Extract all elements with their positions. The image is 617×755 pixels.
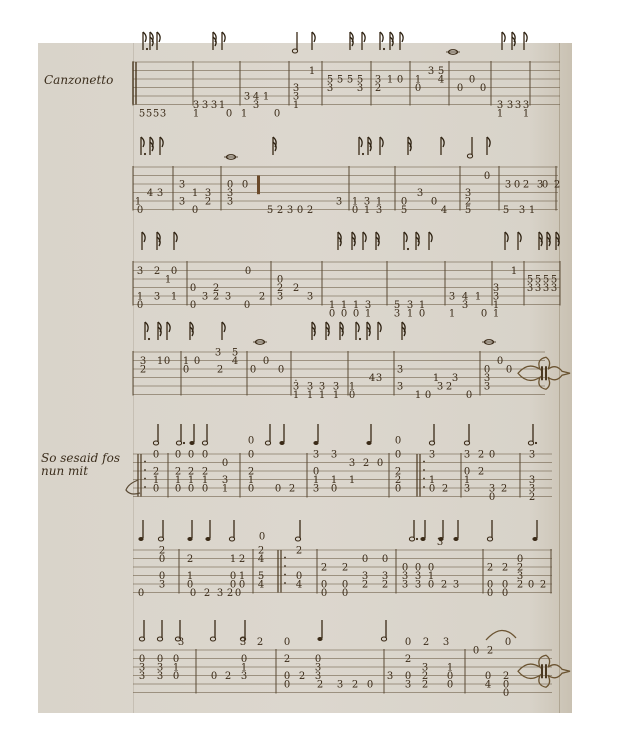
fret-number: 3 xyxy=(337,680,343,691)
fret-number: 1 xyxy=(157,356,163,367)
fret-number: 3 xyxy=(387,671,393,682)
fret-number: 3 xyxy=(277,292,283,303)
fret-number: 0 xyxy=(377,458,383,469)
fret-number: 3 xyxy=(179,180,185,191)
rhythm-sign-icon xyxy=(518,232,521,250)
fret-number: 3 xyxy=(429,450,435,461)
fret-number: 2 xyxy=(422,680,428,691)
fret-number: 2 xyxy=(405,654,411,665)
fret-number: 0 xyxy=(274,109,280,120)
fret-number: 3 xyxy=(443,637,449,648)
fret-number: 3 xyxy=(307,292,313,303)
rhythm-sign-icon xyxy=(143,32,148,50)
rhythm-sign-icon xyxy=(210,620,215,641)
fret-number: 1 xyxy=(171,292,177,303)
fret-number: 3 xyxy=(160,109,166,120)
fret-number: 0 xyxy=(469,75,475,86)
fret-number: 0 xyxy=(489,450,495,461)
fret-number: 4 xyxy=(485,680,491,691)
fret-number: 3 xyxy=(157,188,163,199)
fret-number: 5 xyxy=(139,109,145,120)
fret-number: 3 xyxy=(484,382,490,393)
fret-number: 0 xyxy=(164,356,170,367)
fret-number: 0 xyxy=(153,484,159,495)
rhythm-sign-icon xyxy=(380,32,385,50)
rhythm-sign-icon xyxy=(376,232,379,250)
fret-number: 3 xyxy=(543,283,549,294)
fret-number: 0 xyxy=(202,450,208,461)
fret-number: 4 xyxy=(441,205,447,216)
fret-number: 0 xyxy=(183,365,189,376)
fret-number: 1 xyxy=(364,205,370,216)
rhythm-sign-icon xyxy=(222,322,225,340)
fret-number: 0 xyxy=(514,180,520,191)
fret-number: 2 xyxy=(554,180,560,191)
fret-number: 0 xyxy=(190,588,196,599)
fret-number: 0 xyxy=(250,365,256,376)
fret-number: 0 xyxy=(278,365,284,376)
rhythm-sign-icon xyxy=(467,137,472,158)
fret-number: 2 xyxy=(342,563,348,574)
fret-number: 0 xyxy=(171,266,177,277)
rhythm-sign-icon xyxy=(502,32,505,50)
fret-number: 1 xyxy=(475,292,481,303)
fret-number: 0 xyxy=(242,180,248,191)
fret-number: 2 xyxy=(239,554,245,565)
fret-number: 3 xyxy=(202,292,208,303)
fret-number: 0 xyxy=(352,205,358,216)
fret-number: 0 xyxy=(405,637,411,648)
fret-number: 3 xyxy=(331,450,337,461)
fret-number: 2 xyxy=(154,266,160,277)
rhythm-sign-icon xyxy=(390,32,393,50)
fret-number: 3 xyxy=(159,580,165,591)
rhythm-sign-icon xyxy=(539,232,542,250)
rhythm-sign-icon xyxy=(464,424,469,445)
rhythm-sign-icon xyxy=(176,424,185,445)
fret-number: 3 xyxy=(137,266,143,277)
rhythm-sign-icon xyxy=(312,322,315,340)
fret-number: 3 xyxy=(253,100,259,111)
rhythm-sign-icon xyxy=(416,232,419,250)
fret-number: 2 xyxy=(352,680,358,691)
fret-number: 3 xyxy=(154,292,160,303)
fret-number: 3 xyxy=(217,588,223,599)
fret-number: 0 xyxy=(484,171,490,182)
tablature-system-6: 2003021002320120100245420422000000332200… xyxy=(133,520,552,599)
fret-number: 0 xyxy=(505,637,511,648)
rhythm-sign-icon xyxy=(313,424,318,445)
rhythm-sign-icon xyxy=(429,232,432,250)
fret-number: 0 xyxy=(517,554,523,565)
fret-number: 2 xyxy=(213,292,219,303)
fret-number: 0 xyxy=(415,83,421,94)
fret-number: 3 xyxy=(313,484,319,495)
fret-number: 3 xyxy=(287,205,293,216)
fret-number: 3 xyxy=(376,373,382,384)
fret-number: 3 xyxy=(357,83,363,94)
fret-number: 3 xyxy=(464,450,470,461)
rhythm-sign-icon xyxy=(158,520,163,541)
rhythm-sign-icon xyxy=(402,322,405,340)
fret-number: 0 xyxy=(153,450,159,461)
fret-number: 3 xyxy=(405,680,411,691)
rhythm-sign-icon xyxy=(150,32,153,50)
fret-number: 0 xyxy=(331,484,337,495)
fret-number: 4 xyxy=(438,75,444,86)
fret-number: 2 xyxy=(375,83,381,94)
rhythm-sign-icon xyxy=(404,232,409,250)
fret-number: 0 xyxy=(466,390,472,401)
fret-number: 0 xyxy=(329,309,335,320)
fret-number: 0 xyxy=(194,356,200,367)
fret-number: 0 xyxy=(419,309,425,320)
fret-number: 1 xyxy=(219,100,225,111)
rhythm-sign-icon xyxy=(139,620,144,641)
rhythm-sign-icon xyxy=(381,620,386,641)
fret-number: 3 xyxy=(529,450,535,461)
rhythm-sign-icon xyxy=(312,32,315,50)
rhythm-sign-icon xyxy=(420,520,425,541)
rhythm-sign-icon xyxy=(145,322,150,340)
rhythm-sign-icon xyxy=(352,232,355,250)
fret-number: 3 xyxy=(327,83,333,94)
fret-numbers: 0210000022211130001021002330131013200220… xyxy=(153,436,535,504)
fret-number: 2 xyxy=(296,546,302,557)
fret-number: 0 xyxy=(489,492,495,503)
fret-number: 2 xyxy=(293,283,299,294)
rhythm-sign-icon xyxy=(363,232,366,250)
fret-number: 5 xyxy=(267,205,273,216)
fret-number: 1 xyxy=(511,266,517,277)
fret-number: 3 xyxy=(225,292,231,303)
svg-text:0: 0 xyxy=(259,532,265,543)
fret-number: 0 xyxy=(447,680,453,691)
fret-number: 0 xyxy=(487,588,493,599)
fret-number: 4 xyxy=(296,580,302,591)
fret-number: 0 xyxy=(230,580,236,591)
fret-number: 0 xyxy=(367,680,373,691)
fret-number: 3 xyxy=(139,671,145,682)
fret-number: 0 xyxy=(457,83,463,94)
fret-number: 1 xyxy=(263,92,269,103)
fret-number: 3 xyxy=(464,484,470,495)
fret-number: 1 xyxy=(165,275,171,286)
rhythm-sign-icon xyxy=(317,620,322,641)
fret-number: 4 xyxy=(147,188,153,199)
fret-number: 0 xyxy=(188,450,194,461)
rhythm-sign-icon xyxy=(512,32,515,50)
fret-number: 3 xyxy=(453,580,459,591)
fret-number: 1 xyxy=(319,390,325,401)
rhythm-sign-icon xyxy=(350,32,353,50)
rhythm-sign-icon xyxy=(292,32,297,53)
fret-number: 4 xyxy=(258,554,264,565)
fret-number: 0 xyxy=(321,588,327,599)
rhythm-sign-icon xyxy=(265,424,270,445)
fret-number: 5 xyxy=(153,109,159,120)
rhythm-sign-icon xyxy=(362,32,365,50)
fret-number: 4 xyxy=(258,580,264,591)
fret-number: 2 xyxy=(317,680,323,691)
fret-number: 1 xyxy=(293,100,299,111)
rhythm-sign-icon xyxy=(202,424,207,445)
fret-number: 2 xyxy=(382,580,388,591)
rhythm-sign-icon xyxy=(138,520,143,541)
fret-number: 5 xyxy=(465,205,471,216)
fret-number: 1 xyxy=(415,390,421,401)
fret-number: 3 xyxy=(449,292,455,303)
fret-number: 0 xyxy=(473,646,479,657)
rhythm-sign-icon xyxy=(213,32,216,50)
fret-number: 2 xyxy=(540,580,546,591)
fret-number: 0 xyxy=(190,283,196,294)
tablature-system-5: 0210000022211130001021002330131013200220… xyxy=(133,424,552,503)
fret-number: 0 xyxy=(248,484,254,495)
fret-number: 2 xyxy=(501,484,507,495)
fret-number: 0 xyxy=(222,458,228,469)
fret-number: 0 xyxy=(431,197,437,208)
fret-number: 2 xyxy=(204,588,210,599)
fret-number: 1 xyxy=(529,205,535,216)
fret-number: 3 xyxy=(241,671,247,682)
fret-number: 1 xyxy=(333,390,339,401)
rhythm-sign-icon xyxy=(438,520,443,541)
fret-number: 2 xyxy=(277,205,283,216)
rhythm-sign-icon xyxy=(174,232,177,250)
fret-number: 2 xyxy=(502,563,508,574)
rhythm-sign-icon xyxy=(190,322,193,340)
fret-number: 1 xyxy=(222,484,228,495)
fret-number: 4 xyxy=(232,356,238,367)
rhythm-sign-icon xyxy=(524,32,527,50)
fret-number: 3 xyxy=(452,373,458,384)
fret-number: 2 xyxy=(225,671,231,682)
fret-number: 1 xyxy=(449,309,455,320)
fret-number: 5 xyxy=(401,205,407,216)
fret-number: 0 xyxy=(239,580,245,591)
fret-number: 2 xyxy=(217,365,223,376)
fret-number: 1 xyxy=(523,109,529,120)
fret-number: 0 xyxy=(226,109,232,120)
fret-number: 0 xyxy=(138,588,144,599)
fret-number: 2 xyxy=(478,450,484,461)
rhythm-sign-icon xyxy=(158,322,161,340)
fret-number: 0 xyxy=(211,671,217,682)
rhythm-sign-icon xyxy=(167,322,170,340)
tablature-system-1: 5553333110341310331153555332101035400033… xyxy=(133,32,560,120)
rhythm-sign-icon xyxy=(356,322,361,340)
fret-number: 3 xyxy=(215,348,221,359)
fret-number: 0 xyxy=(137,300,143,311)
fret-number: 3 xyxy=(244,92,250,103)
fret-number: 0 xyxy=(284,637,290,648)
fret-number: 3 xyxy=(437,382,443,393)
fret-number: 3 xyxy=(336,197,342,208)
fret-number: 3 xyxy=(507,100,513,111)
fret-number: 0 xyxy=(481,309,487,320)
rhythm-sign-icon xyxy=(409,520,418,541)
fret-number: 0 xyxy=(542,180,548,191)
fret-number: 2 xyxy=(289,484,295,495)
fret-number: 0 xyxy=(341,309,347,320)
fret-numbers: 0003331330320102302030230232002323130203… xyxy=(139,637,511,699)
fret-number: 3 xyxy=(179,197,185,208)
fret-number: 0 xyxy=(192,205,198,216)
fret-number: 2 xyxy=(523,180,529,191)
fret-number: 2 xyxy=(487,646,493,657)
fret-number: 3 xyxy=(397,382,403,393)
fret-number: 2 xyxy=(321,563,327,574)
rhythm-sign-icon xyxy=(380,137,383,155)
fret-number: 2 xyxy=(442,484,448,495)
fret-number: 3 xyxy=(515,100,521,111)
fret-number: 4 xyxy=(369,373,375,384)
rhythm-sign-icon xyxy=(366,424,371,445)
fret-numbers: 32101002354000.3333111110433310132030330… xyxy=(140,348,512,402)
fret-number: 1 xyxy=(365,309,371,320)
rhythm-sign-icon xyxy=(157,32,160,50)
fret-number: 0 xyxy=(353,309,359,320)
rhythm-sign-icon xyxy=(153,424,158,445)
rhythm-sign-icon xyxy=(189,424,194,445)
rhythm-sign-icon xyxy=(487,520,492,541)
rhythm-sign-icon xyxy=(556,232,559,250)
rhythm-sign-icon xyxy=(378,322,381,340)
fret-number: 2 xyxy=(517,580,523,591)
rhythm-sign-icon xyxy=(222,32,225,50)
rhythm-sign-icon xyxy=(408,137,411,155)
fret-number: 2 xyxy=(187,554,193,565)
fret-number: 0 xyxy=(429,484,435,495)
fret-number: 0 xyxy=(175,484,181,495)
fret-number: 3 xyxy=(211,100,217,111)
fret-number: 0 xyxy=(190,300,196,311)
fret-number: 1 xyxy=(241,109,247,120)
fret-number: 1 xyxy=(309,66,315,77)
fret-number: 5 xyxy=(337,75,343,86)
rhythm-sign-icon xyxy=(295,520,300,541)
rhythm-sign-icon xyxy=(487,137,490,155)
fret-number: 2 xyxy=(299,671,305,682)
fret-number: 0 xyxy=(248,450,254,461)
fleur-de-lis-ornament-icon xyxy=(518,655,570,687)
rhythm-sign-icon xyxy=(367,322,370,340)
fret-number: 2 xyxy=(487,563,493,574)
fret-number: 2 xyxy=(529,492,535,503)
fret-number: 3 xyxy=(519,205,525,216)
rhythm-sign-icon xyxy=(429,424,434,445)
fret-number: 1 xyxy=(293,390,299,401)
fret-number: 0 xyxy=(245,266,251,277)
fret-numbers: 3201131003223002002323111300015313103413… xyxy=(137,266,557,320)
rhythm-sign-icon xyxy=(453,520,458,541)
rhythm-sign-icon xyxy=(547,232,550,250)
fret-number: 1 xyxy=(407,309,413,320)
fret-number: 3 xyxy=(505,180,511,191)
rhythm-sign-icon xyxy=(338,232,341,250)
fret-number: 1 xyxy=(193,109,199,120)
fret-number: 1 xyxy=(493,309,499,320)
fret-number: 1 xyxy=(497,109,503,120)
fret-number: 5 xyxy=(347,75,353,86)
rhythm-sign-icon xyxy=(340,322,343,340)
fret-number: 0 xyxy=(397,75,403,86)
fret-number: 0 xyxy=(362,554,368,565)
tablature-system-4: 32101002354000.3333111110433310132030330… xyxy=(133,322,570,401)
rhythm-sign-icon xyxy=(187,520,192,541)
fret-number: 3 xyxy=(402,580,408,591)
rhythm-sign-icon xyxy=(505,232,508,250)
rhythm-sign-icon xyxy=(142,232,145,250)
rhythm-sign-icon xyxy=(368,137,371,155)
fret-number: 2 xyxy=(441,580,447,591)
rhythm-sign-icon xyxy=(532,520,537,541)
fret-number: 0 xyxy=(175,450,181,461)
fret-number: 0 xyxy=(275,484,281,495)
fret-number: 0 xyxy=(263,356,269,367)
fret-number: 3 xyxy=(527,283,533,294)
fret-number: 3 xyxy=(535,283,541,294)
fret-number: 5 xyxy=(503,205,509,216)
rhythm-sign-icon xyxy=(229,520,234,541)
fret-number: 0 xyxy=(188,484,194,495)
fret-number: 0 xyxy=(159,554,165,565)
fret-number: 0 xyxy=(382,554,388,565)
tablature-system-3: 3201131003223002002323111300015313103413… xyxy=(133,232,560,320)
fret-number: 1 xyxy=(349,475,355,486)
rhythm-sign-icon xyxy=(160,137,163,155)
rhythm-sign-icon xyxy=(441,137,444,155)
fret-number: 0 xyxy=(480,83,486,94)
fret-number: 2 xyxy=(259,292,265,303)
fret-number: 3 xyxy=(349,458,355,469)
rhythm-sign-icon xyxy=(157,620,162,641)
fret-number: 5 xyxy=(146,109,152,120)
fret-number: 3 xyxy=(376,205,382,216)
tablature-score: 5553333110341310331153555332101035400033… xyxy=(0,0,617,755)
fret-number: 0 xyxy=(395,484,401,495)
fret-number: 1 xyxy=(307,390,313,401)
fret-number: 0 xyxy=(173,671,179,682)
fret-number: 3 xyxy=(157,671,163,682)
fret-number: 0 xyxy=(342,588,348,599)
fret-number: 2 xyxy=(140,365,146,376)
tablature-system-2: 4310313320003352302313101303054325030230… xyxy=(133,137,560,216)
fret-number: 2 xyxy=(363,458,369,469)
fret-number: 0 xyxy=(428,580,434,591)
fret-numbers: 5553333110341310331153555332101035400033… xyxy=(139,66,529,120)
fret-number: 0 xyxy=(137,205,143,216)
fret-number: 0 xyxy=(244,300,250,311)
fret-number: 0 xyxy=(497,356,503,367)
double-barline xyxy=(257,176,260,195)
rhythm-sign-icon xyxy=(157,232,160,250)
fleur-de-lis-ornament-icon xyxy=(518,357,570,389)
fret-number: 0 xyxy=(284,680,290,691)
fret-number: 0 xyxy=(297,205,303,216)
rhythm-sign-icon xyxy=(326,322,329,340)
fret-number: 3 xyxy=(551,283,557,294)
fret-number: 0 xyxy=(503,688,509,699)
fret-number: 2 xyxy=(478,467,484,478)
rhythm-sign-icon xyxy=(528,424,537,445)
fret-number: 3 xyxy=(415,580,421,591)
fret-number: 0 xyxy=(202,484,208,495)
rhythm-sign-icon xyxy=(141,137,146,155)
fret-number: 0 xyxy=(506,365,512,376)
fret-number: 1 xyxy=(387,75,393,86)
